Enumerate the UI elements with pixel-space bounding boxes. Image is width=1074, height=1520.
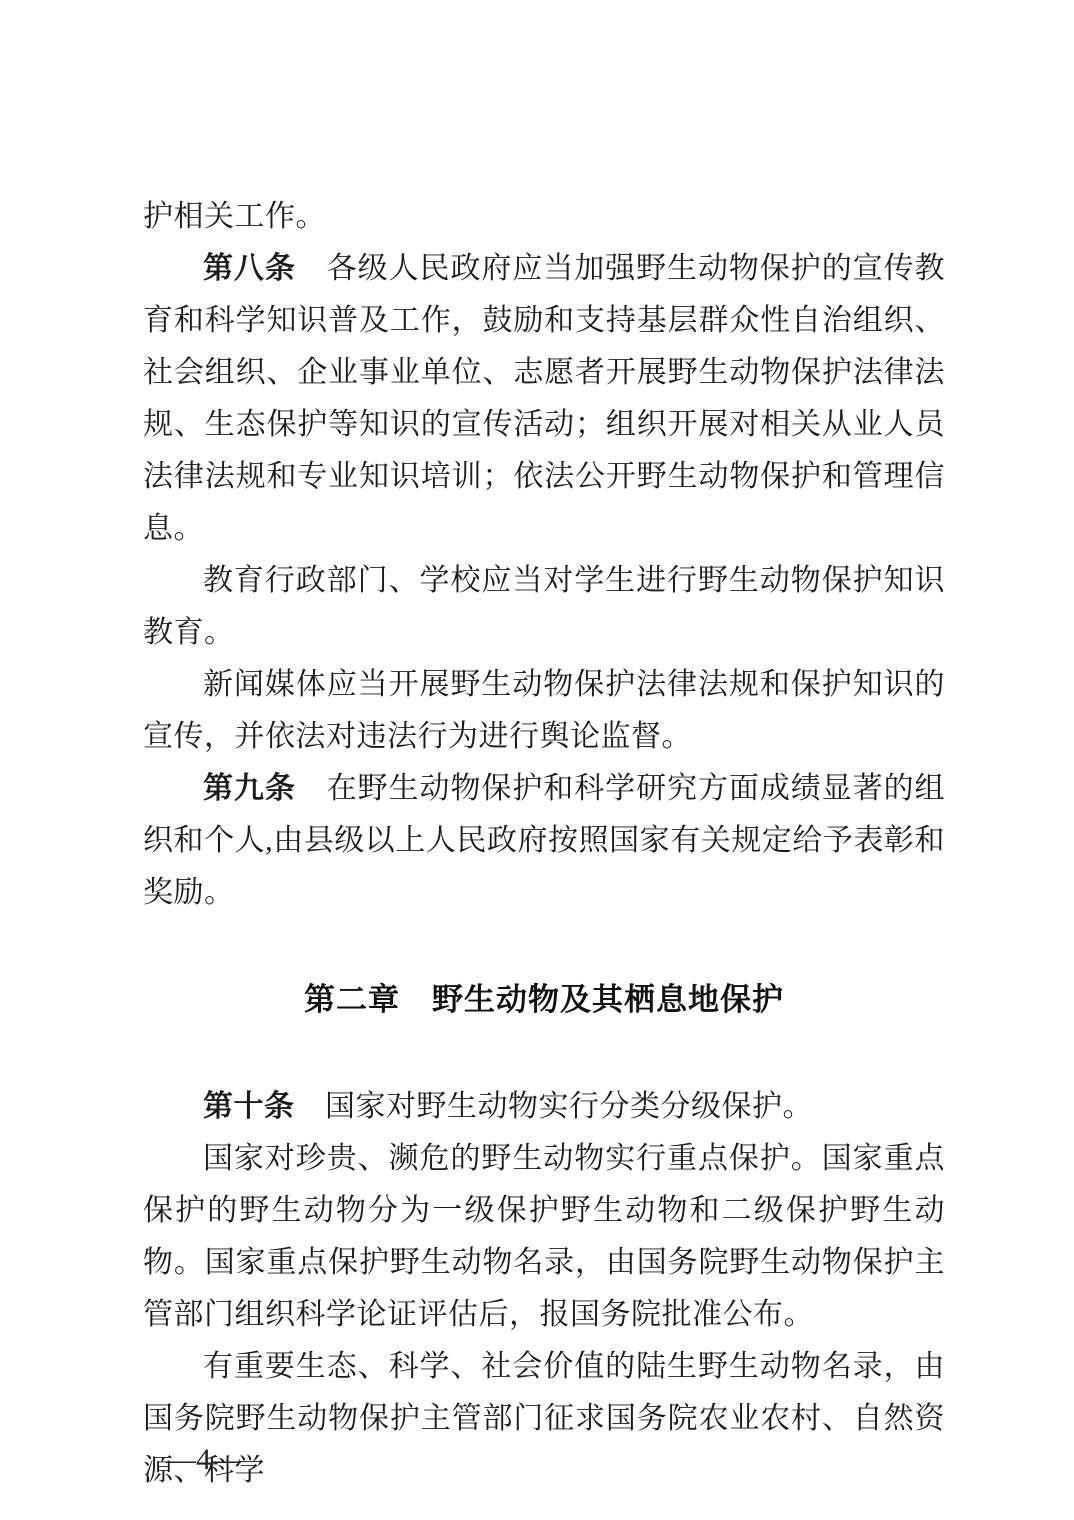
paragraph-text: 各级人民政府应当加强野生动物保护的宣传教育和科学知识普及工作，鼓励和支持基层群众… xyxy=(143,252,945,545)
chapter-heading: 第二章 野生动物及其栖息地保护 xyxy=(143,974,945,1026)
paragraph-text: 护相关工作。 xyxy=(143,200,326,233)
paragraph-article-8: 第八条 各级人民政府应当加强野生动物保护的宣传教育和科学知识普及工作，鼓励和支持… xyxy=(143,243,945,555)
document-body: 护相关工作。 第八条 各级人民政府应当加强野生动物保护的宣传教育和科学知识普及工… xyxy=(143,191,945,1497)
article-number-label: 第十条 xyxy=(203,1090,295,1123)
document-page: 护相关工作。 第八条 各级人民政府应当加强野生动物保护的宣传教育和科学知识普及工… xyxy=(0,0,1074,1520)
page-number: —4— xyxy=(166,1443,241,1476)
paragraph-text: 国家对野生动物实行分类分级保护。 xyxy=(295,1090,814,1123)
paragraph-article-10: 第十条 国家对野生动物实行分类分级保护。 xyxy=(143,1081,945,1133)
paragraph-article-9: 第九条 在野生动物保护和科学研究方面成绩显著的组织和个人,由县级以上人民政府按照… xyxy=(143,763,945,919)
paragraph-text: 国家对珍贵、濒危的野生动物实行重点保护。国家重点保护的野生动物分为一级保护野生动… xyxy=(143,1142,945,1331)
page-footer: —4— xyxy=(166,1442,241,1478)
paragraph-education-depts: 教育行政部门、学校应当对学生进行野生动物保护知识教育。 xyxy=(143,555,945,659)
paragraph-text: 教育行政部门、学校应当对学生进行野生动物保护知识教育。 xyxy=(143,564,945,649)
article-number-label: 第九条 xyxy=(203,772,296,805)
paragraph-text: 有重要生态、科学、社会价值的陆生野生动物名录，由国务院野生动物保护主管部门征求国… xyxy=(143,1350,945,1487)
paragraph-continuation: 护相关工作。 xyxy=(143,191,945,243)
paragraph-news-media: 新闻媒体应当开展野生动物保护法律法规和保护知识的宣传，并依法对违法行为进行舆论监… xyxy=(143,659,945,763)
paragraph-text: 新闻媒体应当开展野生动物保护法律法规和保护知识的宣传，并依法对违法行为进行舆论监… xyxy=(143,668,945,753)
article-number-label: 第八条 xyxy=(203,252,296,285)
paragraph-key-protection: 国家对珍贵、濒危的野生动物实行重点保护。国家重点保护的野生动物分为一级保护野生动… xyxy=(143,1133,945,1341)
paragraph-terrestrial-list: 有重要生态、科学、社会价值的陆生野生动物名录，由国务院野生动物保护主管部门征求国… xyxy=(143,1341,945,1497)
